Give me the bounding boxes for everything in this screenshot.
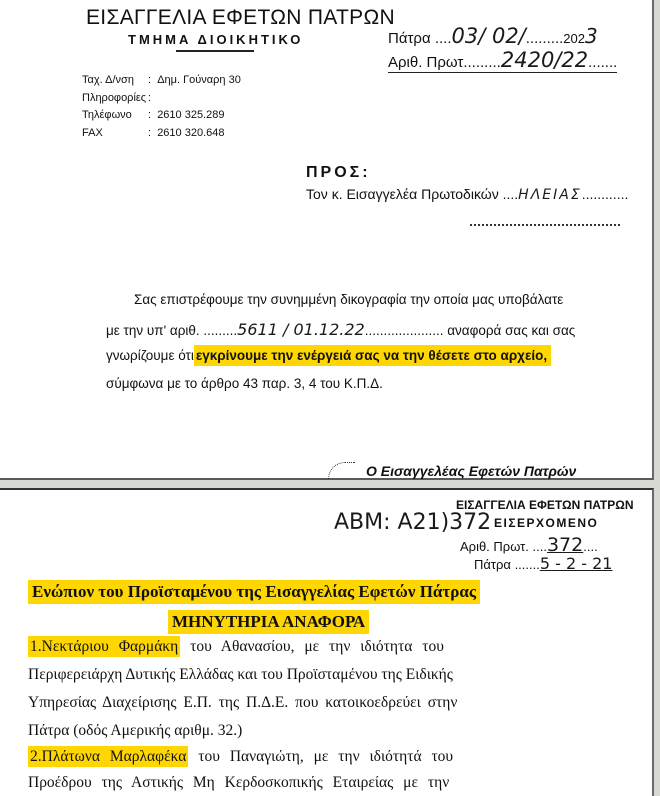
document-page-complaint: ΑΒΜ: Α21)372 ΕΙΣΑΓΓΕΛΙΑ ΕΦΕΤΩΝ ΠΑΤΡΩΝ ΕΙ… xyxy=(0,488,654,796)
recipient-text: Τον κ. Εισαγγελέα Πρωτοδικών xyxy=(306,186,499,202)
protocol-line: Αριθ. Πρωτ.........2420/22....... xyxy=(388,48,617,73)
stamp-protocol-line: Αριθ. Πρωτ. ....372.... xyxy=(460,534,598,556)
stamp-title: ΕΙΣΑΓΓΕΛΙΑ ΕΦΕΤΩΝ ΠΑΤΡΩΝ xyxy=(456,498,634,512)
contact-block: Ταχ. Δ/νση: Δημ. Γούναρη 30 Πληροφορίες:… xyxy=(82,72,241,142)
signature-text: Ο Εισαγγελέας Εφετών Πατρών xyxy=(366,463,576,479)
office-title: ΕΙΣΑΓΓΕΛΙΑ ΕΦΕΤΩΝ ΠΑΤΡΩΝ xyxy=(86,6,395,30)
body-text: με την υπ' αριθ. xyxy=(106,323,200,338)
stamp-date-value: 5 - 2 - 21 xyxy=(540,554,613,573)
person2-name: 2.Πλάτωνα Μαρλαφέκα xyxy=(28,746,188,767)
body-text: του Παναγιώτη, με την ιδιότητά του xyxy=(198,748,453,765)
recipient-line: Τον κ. Εισαγγελέα Πρωτοδικών ....ΗΛΕΙΑΣ.… xyxy=(306,186,628,203)
person1-line-2: Περιφερειάρχη Δυτικής Ελλάδας και του Πρ… xyxy=(28,666,453,684)
protocol-handwritten: 2420/22 xyxy=(501,48,588,72)
contact-label: Τηλέφωνο xyxy=(82,107,148,125)
person2-line-2: Προέδρου της Αστικής Μη Κερδοσκοπικής Ετ… xyxy=(28,774,449,792)
stamp-place-label: Πάτρα xyxy=(474,557,511,572)
signature-scribble xyxy=(328,462,355,479)
contact-sep: : xyxy=(148,109,151,121)
dotted-line xyxy=(470,224,620,226)
contact-row: Τηλέφωνο: 2610 325.289 xyxy=(82,107,241,125)
document-type: ΜΗΝΥΤΗΡΙΑ ΑΝΑΦΟΡΑ xyxy=(168,610,369,634)
body-text: του Αθανασίου, με την ιδιότητα του xyxy=(190,638,444,655)
body-line-2: με την υπ' αριθ. .........5611 / 01.12.2… xyxy=(106,320,575,339)
contact-row: FAX: 2610 320.648 xyxy=(82,125,241,143)
stamp-date-line: Πάτρα .......5 - 2 - 21 xyxy=(474,554,612,573)
department-text: ΤΜΗΜΑ ΔΙΟΙΚΗΤΙΚΟ xyxy=(128,32,303,47)
contact-sep: : xyxy=(148,74,151,86)
body-text: αναφορά σας και σας xyxy=(447,323,575,338)
person1-name: 1.Νεκτάριου Φαρμάκη xyxy=(28,636,180,657)
department-underline xyxy=(176,50,254,52)
phone-value: 2610 325.289 xyxy=(157,109,224,121)
contact-row: Ταχ. Δ/νση: Δημ. Γούναρη 30 xyxy=(82,72,241,90)
recipient-handwritten: ΗΛΕΙΑΣ xyxy=(518,187,582,203)
body-line-3: γνωρίζουμε ότιεγκρίνουμε την ενέργειά σα… xyxy=(106,348,551,363)
body-line-1: Σας επιστρέφουμε την συνημμένη δικογραφί… xyxy=(134,292,563,307)
year-prefix: 202 xyxy=(563,31,585,46)
complaint-heading: Ενώπιον του Προϊσταμένου της Εισαγγελίας… xyxy=(28,580,480,604)
to-label: ΠΡΟΣ: xyxy=(306,164,371,182)
place-label: Πάτρα xyxy=(388,30,431,47)
contact-label: Ταχ. Δ/νση xyxy=(82,72,148,90)
person2-line: 2.Πλάτωνα Μαρλαφέκα του Παναγιώτη, με τη… xyxy=(28,748,453,766)
reference-handwritten: 5611 / 01.12.22 xyxy=(237,320,365,339)
stamp-subtitle: ΕΙΣΕΡΧΟΜΕΝΟ xyxy=(494,516,598,530)
address-value: Δημ. Γούναρη 30 xyxy=(157,74,241,86)
body-line-4: σύμφωνα με το άρθρο 43 παρ. 3, 4 του Κ.Π… xyxy=(106,376,383,391)
stamp-protocol-value: 372 xyxy=(547,534,583,556)
contact-label: Πληροφορίες xyxy=(82,90,148,108)
year-handwritten: 3 xyxy=(585,24,598,48)
person1-line-3: Υπηρεσίας Διαχείρισης Ε.Π. της Π.Δ.Ε. πο… xyxy=(28,694,457,712)
date-handwritten: 03/ 02/ xyxy=(451,24,525,48)
handwritten-reference: ΑΒΜ: Α21)372 xyxy=(334,510,491,535)
contact-sep: : xyxy=(148,92,151,104)
document-page-response-letter: ΕΙΣΑΓΓΕΛΙΑ ΕΦΕΤΩΝ ΠΑΤΡΩΝ ΤΜΗΜΑ ΔΙΟΙΚΗΤΙΚ… xyxy=(0,0,654,480)
highlighted-approval-text: εγκρίνουμε την ενέργειά σας να την θέσετ… xyxy=(194,345,551,366)
stamp-protocol-label: Αριθ. Πρωτ. xyxy=(460,539,529,554)
person1-line-4: Πάτρα (οδός Αμερικής αριθμ. 32.) xyxy=(28,722,242,740)
fax-value: 2610 320.648 xyxy=(157,127,224,139)
person1-line: 1.Νεκτάριου Φαρμάκη του Αθανασίου, με τη… xyxy=(28,638,444,656)
department-title: ΤΜΗΜΑ ΔΙΟΙΚΗΤΙΚΟ xyxy=(128,32,303,47)
body-text: γνωρίζουμε ότι xyxy=(106,348,194,363)
contact-row: Πληροφορίες: xyxy=(82,90,241,108)
date-line: Πάτρα ....03/ 02/.........2023 xyxy=(388,24,598,48)
protocol-label: Αριθ. Πρωτ xyxy=(388,54,463,71)
contact-sep: : xyxy=(148,127,151,139)
contact-label: FAX xyxy=(82,125,148,143)
